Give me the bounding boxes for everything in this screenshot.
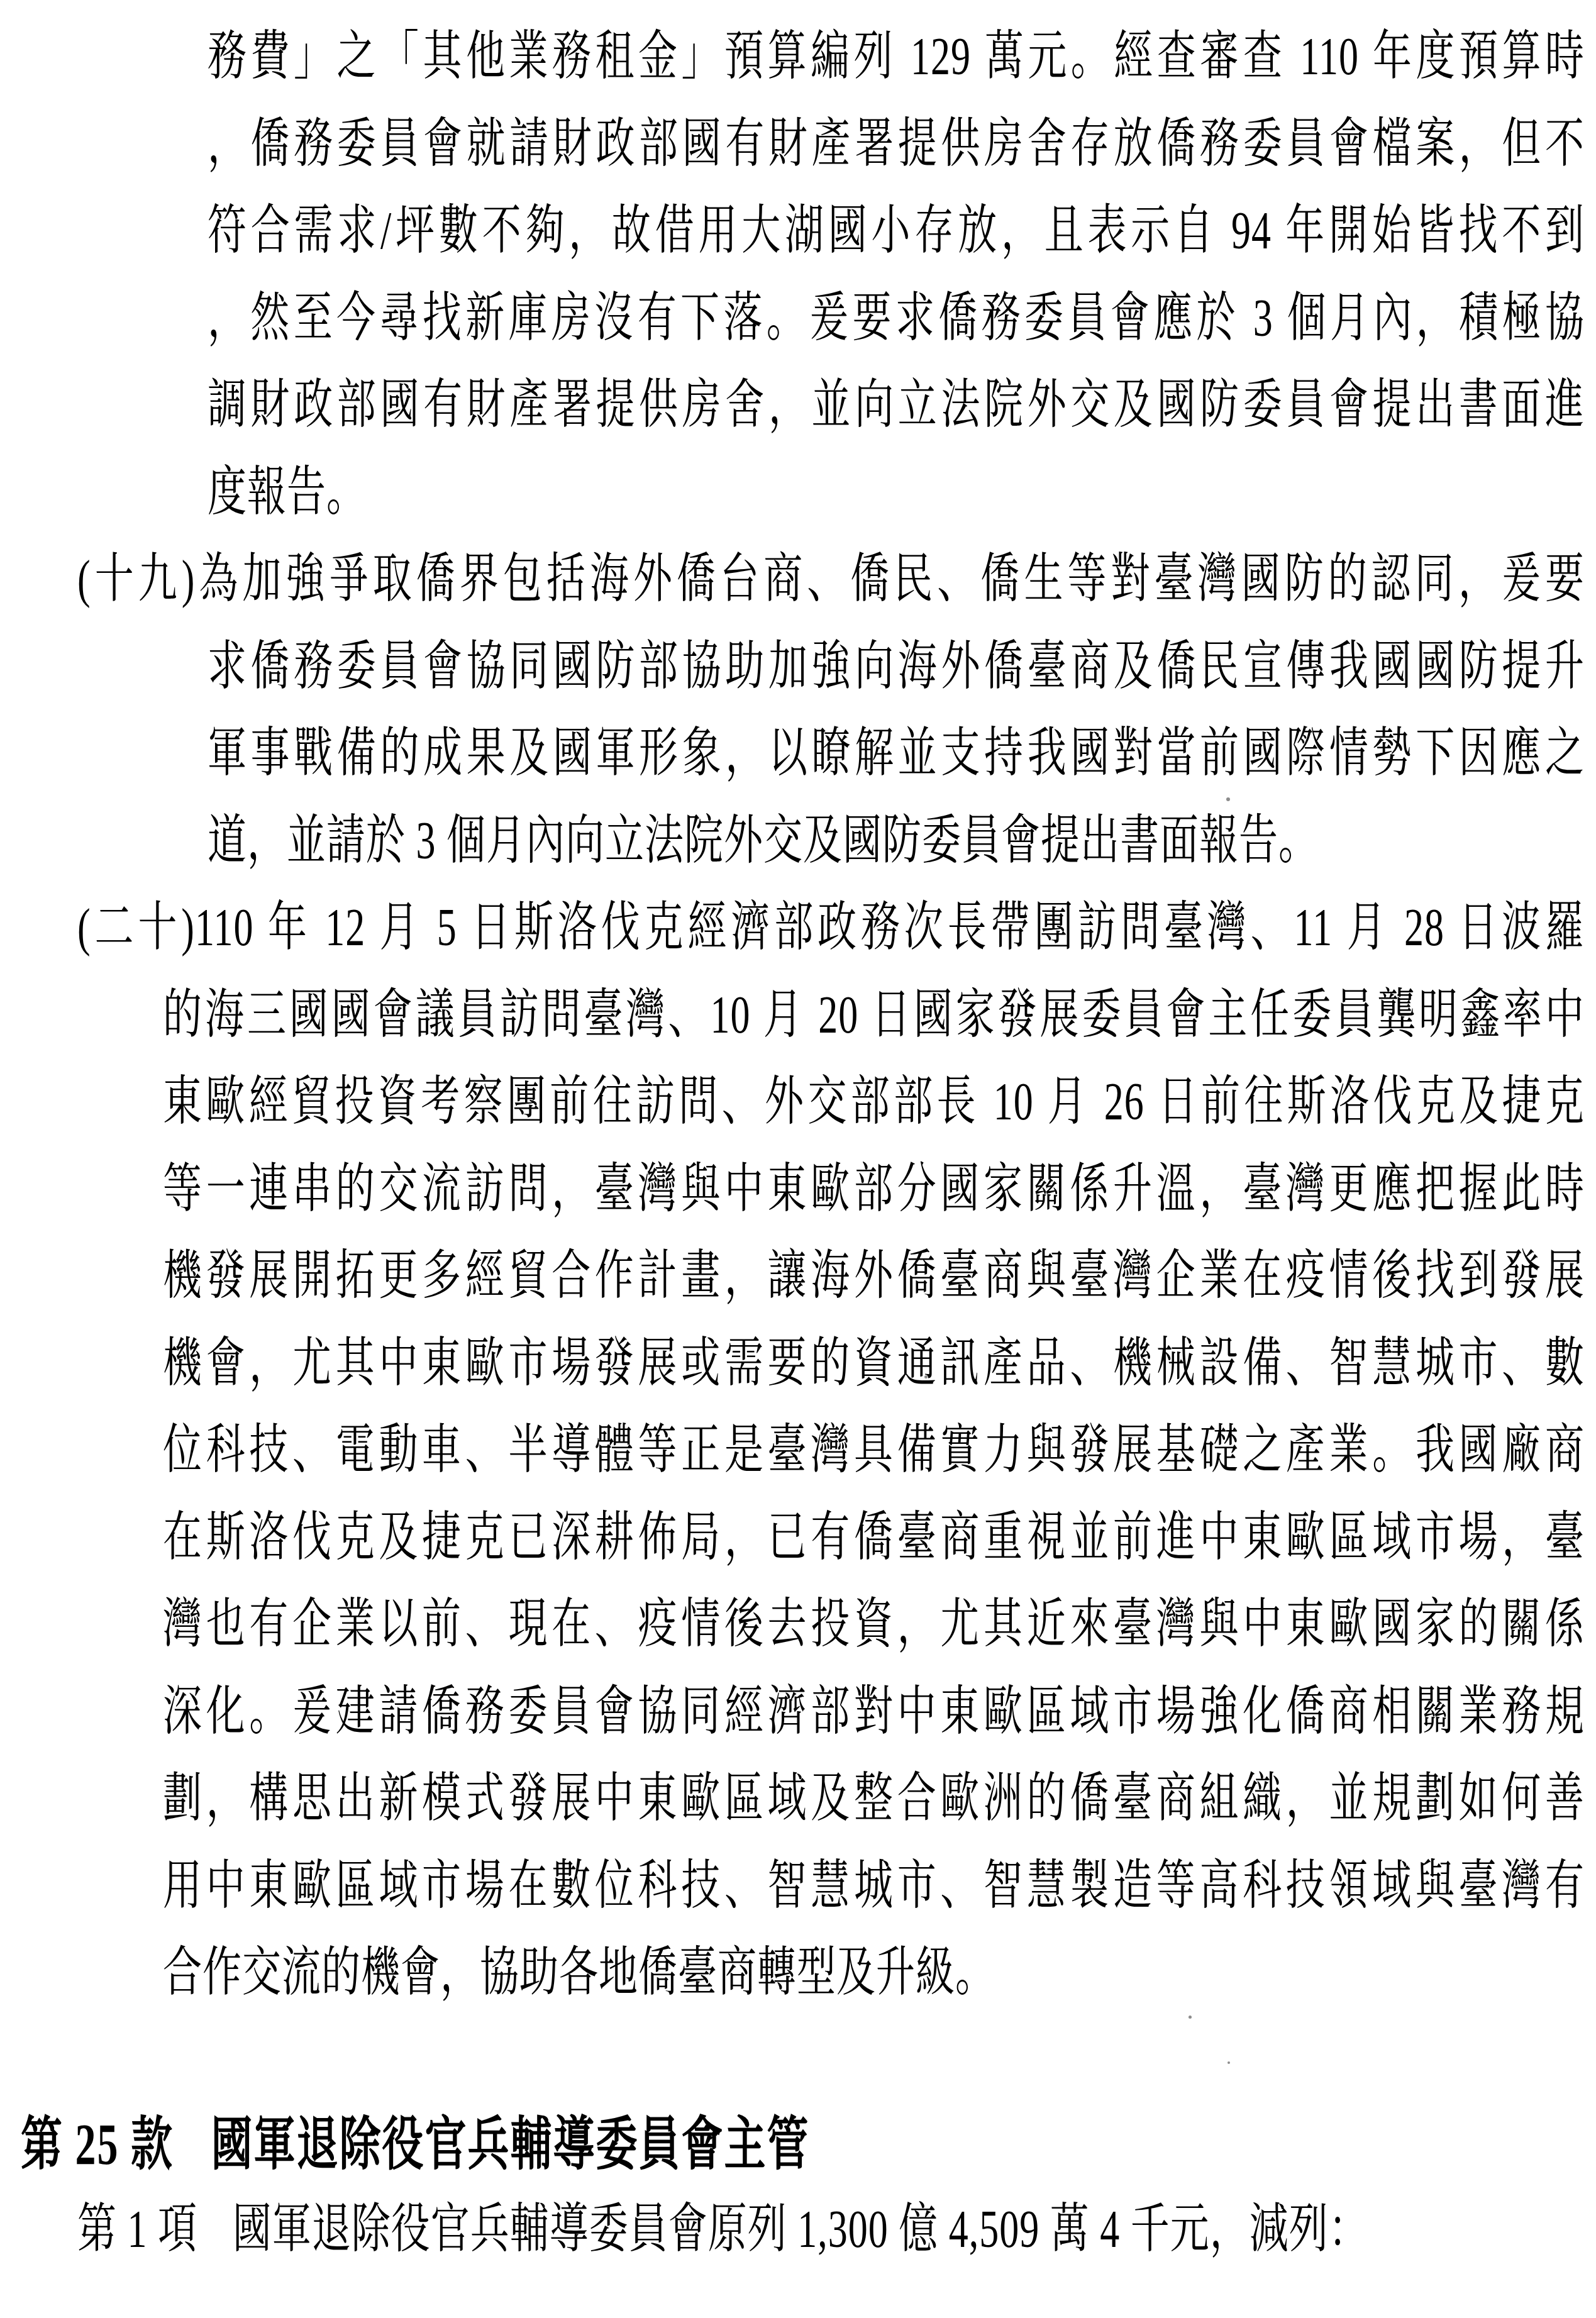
section-number: 第 25 款 [21,2112,174,2177]
text-line: 等一連串的交流訪問，臺灣與中東歐部分國家關係升溫，臺灣更應把握此時 [163,1163,1585,1217]
text-line: 調財政部國有財產署提供房舍，並向立法院外交及國防委員會提出書面進 [208,379,1585,433]
text-line: 深化。爰建請僑務委員會協同經濟部對中東歐區域市場強化僑商相關業務規 [163,1685,1585,1739]
scan-speck [924,1375,928,1378]
scan-speck [1189,2016,1192,2019]
item-20-label: (二十) [77,899,195,958]
section-title: 國軍退除役官兵輔導委員會主管 [211,2112,809,2177]
text-line: ，僑務委員會就請財政部國有財產署提供房舍存放僑務委員會檔案，但不 [208,118,1585,172]
text-line: 務費」之「其他業務租金」預算編列 129 萬元。經查審查 110 年度預算時 [208,30,1585,84]
section-heading: 第 25 款國軍退除役官兵輔導委員會主管 [21,2116,809,2174]
text-line: 位科技、電動車、半導體等正是臺灣具備實力與發展基礎之產業。我國廠商 [163,1424,1585,1478]
document-page: 務費」之「其他業務租金」預算編列 129 萬元。經查審查 110 年度預算時 ，… [0,0,1596,2318]
text-line: 用中東歐區域市場在數位科技、智慧城市、智慧製造等高科技領域與臺灣有 [163,1860,1585,1914]
text-line: 合作交流的機會，協助各地僑臺商轉型及升級。 [163,1946,1585,2000]
item-1-line: 第 1 項國軍退除役官兵輔導委員會原列 1,300 億 4,509 萬 4 千元… [77,2203,1368,2257]
text-line: 在斯洛伐克及捷克已深耕佈局，已有僑臺商重視並前進中東歐區域市場，臺 [163,1511,1585,1565]
text-line: 道，並請於 3 個月內向立法院外交及國防委員會提出書面報告。 [208,814,1585,868]
text-line: 符合需求/坪數不夠，故借用大湖國小存放，且表示自 94 年開始皆找不到 [208,204,1585,258]
text-line: 東歐經貿投資考察團前往訪問、外交部部長 10 月 26 日前往斯洛伐克及捷克 [163,1075,1585,1129]
text-line: 灣也有企業以前、現在、疫情後去投資，尤其近來臺灣與中東歐國家的關係 [163,1598,1585,1652]
item-20-text: 110 年 12 月 5 日斯洛伐克經濟部政務次長帶團訪問臺灣、11 月 28 … [195,899,1585,958]
text-line: 機會，尤其中東歐市場發展或需要的資通訊產品、機械設備、智慧城市、數 [163,1337,1585,1391]
item-1-number: 第 1 項 [77,2200,197,2260]
scan-speck [1227,2061,1230,2064]
text-line: 機發展開拓更多經貿合作計畫，讓海外僑臺商與臺灣企業在疫情後找到發展 [163,1250,1585,1304]
text-line: ，然至今尋找新庫房沒有下落。爰要求僑務委員會應於 3 個月內，積極協 [208,292,1585,346]
text-line: 的海三國國會議員訪問臺灣、10 月 20 日國家發展委員會主任委員龔明鑫率中 [163,989,1585,1043]
text-line: 求僑務委員會協同國防部協助加強向海外僑臺商及僑民宣傳我國國防提升 [208,640,1585,694]
text-line: 劃，構思出新模式發展中東歐區域及整合歐洲的僑臺商組織，並規劃如何善 [163,1772,1585,1826]
text-line: 度報告。 [208,466,1585,520]
item-19-text: 為加強爭取僑界包括海外僑台商、僑民、僑生等對臺灣國防的認同，爰要 [195,550,1585,609]
item-19-label: (十九) [77,550,195,609]
item-1-text: 國軍退除役官兵輔導委員會原列 1,300 億 4,509 萬 4 千元，減列： [233,2200,1368,2260]
scan-speck [1226,797,1230,801]
item-19-first-line: (十九)為加強爭取僑界包括海外僑台商、僑民、僑生等對臺灣國防的認同，爰要 [77,553,1585,607]
item-20-first-line: (二十)110 年 12 月 5 日斯洛伐克經濟部政務次長帶團訪問臺灣、11 月… [77,901,1585,955]
text-line: 軍事戰備的成果及國軍形象，以瞭解並支持我國對當前國際情勢下因應之 [208,727,1585,781]
